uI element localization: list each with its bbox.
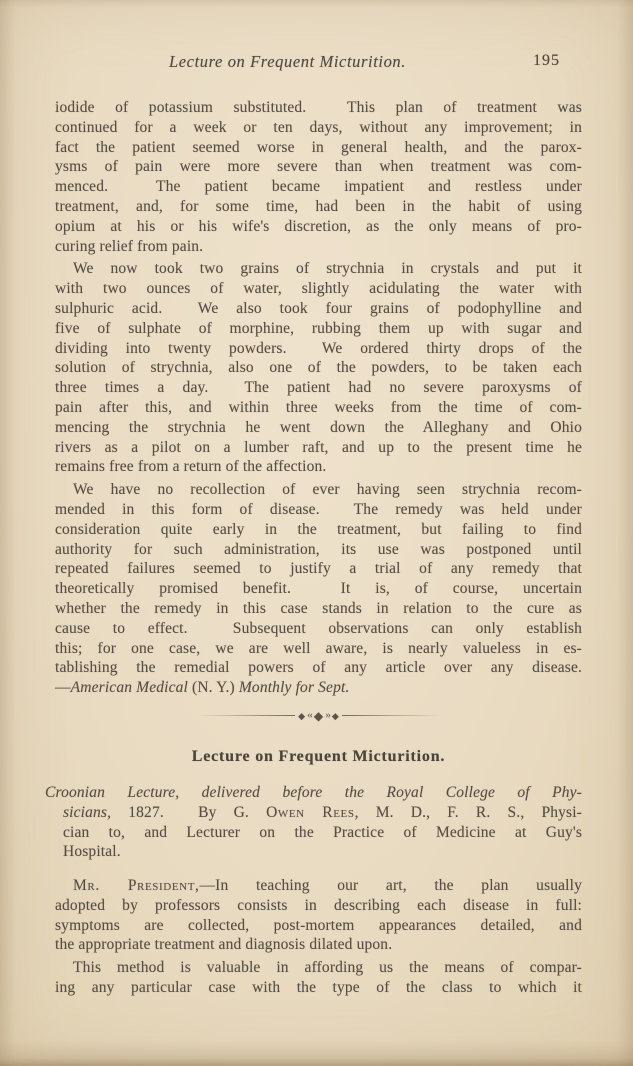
page-number: 195	[533, 52, 560, 70]
text-line: authority for such administration, its u…	[55, 540, 582, 560]
text-line: theoretically promised benefit. It is, o…	[55, 579, 582, 599]
fleuron-divider-icon: ◆‹‹◆››◆	[295, 711, 342, 721]
running-header-title: Lecture on Frequent Micturition.	[55, 52, 582, 72]
text-line: cian to, and Lecturer on the Practice of…	[63, 823, 582, 843]
paragraph-strychnia-treatment: We now took two grains of strychnia in c…	[55, 259, 582, 477]
divider-rule-right	[342, 715, 441, 716]
text-line: ysms of pain were more severe than when …	[55, 157, 582, 177]
text-line: treatment, and, for some time, had been …	[55, 197, 582, 217]
text-line: mended in this form of disease. The reme…	[55, 500, 582, 520]
running-header: Lecture on Frequent Micturition. 195	[55, 52, 582, 74]
text-line: rivers as a pilot on a lumber raft, and …	[55, 438, 582, 458]
text-line: Croonian Lecture, delivered before the R…	[63, 783, 582, 803]
text-line: continued for a week or ten days, withou…	[55, 118, 582, 138]
section-divider: ◆‹‹◆››◆	[197, 711, 441, 721]
page-content: Lecture on Frequent Micturition. 195 iod…	[55, 52, 582, 998]
text-line: iodide of potassium substituted. This pl…	[55, 98, 582, 118]
text-line: with two ounces of water, slightly acidu…	[55, 279, 582, 299]
text-line: Mr. President,—In teaching our art, the …	[55, 876, 582, 896]
text-line: whether the remedy in this case stands i…	[55, 599, 582, 619]
text-line: remains free from a return of the affect…	[55, 457, 582, 477]
text-line: Hospital.	[63, 842, 582, 862]
paragraph-continuation: iodide of potassium substituted. This pl…	[55, 98, 582, 256]
paragraph-recollection-citation: We have no recollection of ever having s…	[55, 480, 582, 698]
text-line: This method is valuable in affording us …	[55, 958, 582, 978]
text-line: solution of strychnia, also one of the p…	[55, 358, 582, 378]
text-line: consideration quite early in the treatme…	[55, 520, 582, 540]
paragraph-mr-president: Mr. President,—In teaching our art, the …	[55, 876, 582, 955]
text-line: fact the patient seemed worse in general…	[55, 138, 582, 158]
text-line: tablishing the remedial powers of any ar…	[55, 658, 582, 678]
text-line: cause to effect. Subsequent observations…	[55, 619, 582, 639]
text-line: curing relief from pain.	[55, 237, 582, 257]
text-line: symptoms are collected, post-mortem appe…	[55, 916, 582, 936]
text-line: —American Medical (N. Y.) Monthly for Se…	[55, 678, 582, 698]
text-line: menced. The patient became impatient and…	[55, 177, 582, 197]
article-body: iodide of potassium substituted. This pl…	[55, 98, 582, 998]
text-line: dividing into twenty powders. We ordered…	[55, 339, 582, 359]
text-line: this; for one case, we are well aware, i…	[55, 639, 582, 659]
lecture-byline: Croonian Lecture, delivered before the R…	[45, 783, 582, 862]
book-page: Lecture on Frequent Micturition. 195 iod…	[0, 0, 633, 1066]
text-line: repeated failures seemed to justify a tr…	[55, 559, 582, 579]
text-line: ing any particular case with the type of…	[55, 978, 582, 998]
text-line: We have no recollection of ever having s…	[55, 480, 582, 500]
text-line: pain after this, and within three weeks …	[55, 398, 582, 418]
text-line: three times a day. The patient had no se…	[55, 378, 582, 398]
text-line: mencing the strychnia he went down the A…	[55, 418, 582, 438]
text-line: five of sulphate of morphine, rubbing th…	[55, 319, 582, 339]
text-line: opium at his or his wife's discretion, a…	[55, 217, 582, 237]
section-heading: Lecture on Frequent Micturition.	[55, 746, 582, 768]
text-line: sulphuric acid. We also took four grains…	[55, 299, 582, 319]
divider-rule-left	[197, 715, 296, 716]
text-line: adopted by professors consists in descri…	[55, 896, 582, 916]
text-line: the appropriate treatment and diagnosis …	[55, 935, 582, 955]
paragraph-this-method: This method is valuable in affording us …	[55, 958, 582, 998]
text-line: We now took two grains of strychnia in c…	[55, 259, 582, 279]
text-line: sicians, 1827. By G. Owen Rees, M. D., F…	[63, 803, 582, 823]
